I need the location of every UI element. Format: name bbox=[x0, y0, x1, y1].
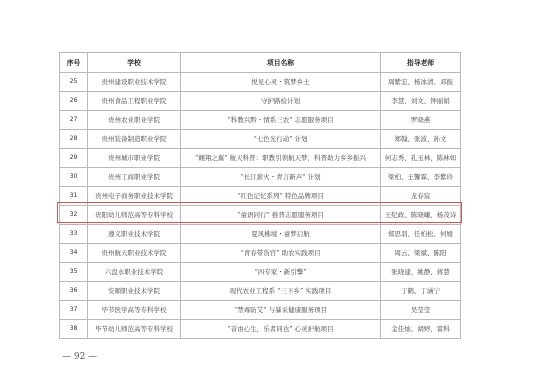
cell-number: 32 bbox=[60, 206, 88, 225]
table-row: 38毕节幼儿师范高等专科学校“音由心生，乐者同也” 心灵护航项目金佳灿、胡婷、雷… bbox=[60, 320, 461, 339]
projects-table: 序号 学校 项目名称 指导老师 25贵州建设职业技术学院悦见心灵・筑梦乡土周紫宏… bbox=[59, 52, 461, 339]
cell-project: “长江薪火・青言新声” 计划 bbox=[181, 168, 381, 187]
cell-school: 毕节医学高等专科学校 bbox=[88, 301, 181, 320]
cell-teachers: 张晓建、姚静、蒋慧 bbox=[381, 263, 461, 282]
cell-project: “音由心生，乐者同也” 心灵护航项目 bbox=[181, 320, 381, 339]
cell-project: “禁毒防艾” 与暴采健康服务项目 bbox=[181, 301, 381, 320]
table-row: 33遵义职业技术学院夏风拂境・童梦启航郑思羽、任柏松、何媛 bbox=[60, 225, 461, 244]
table-row: 37毕节医学高等专科学校“禁毒防艾” 与暴采健康服务项目吴莹莹 bbox=[60, 301, 461, 320]
cell-teachers: 吴莹莹 bbox=[381, 301, 461, 320]
cell-number: 36 bbox=[60, 282, 88, 301]
cell-number: 31 bbox=[60, 187, 88, 206]
cell-school: 贵州装备制造职业学院 bbox=[88, 130, 181, 149]
cell-number: 33 bbox=[60, 225, 88, 244]
cell-teachers: 梁柏、王馨霖、李紫玲 bbox=[381, 168, 461, 187]
cell-school: 贵州建设职业技术学院 bbox=[88, 73, 181, 92]
cell-teachers: 周云、梁斌、陈阳 bbox=[381, 244, 461, 263]
table-row-highlighted: 32贵阳幼儿师范高等专科学校“童语同行” 推普志愿服务项目王纪政、陈晓曦、杨茂诗 bbox=[60, 206, 461, 225]
cell-number: 30 bbox=[60, 168, 88, 187]
cell-project: “四专家・新引擎” bbox=[181, 263, 381, 282]
table-row: 29贵州城市职业学院“翱翔之翼” 航天科普：职教引领航天梦，科普助力乡乡振兴何志… bbox=[60, 149, 461, 168]
table-row: 36安顺职业技术学院现代农业工程系 “三下乡” 实践项目丁鹤、丁涵宁 bbox=[60, 282, 461, 301]
cell-project: “翱翔之翼” 航天科普：职教引领航天梦，科普助力乡乡振兴 bbox=[181, 149, 381, 168]
table-header-row: 序号 学校 项目名称 指导老师 bbox=[60, 53, 461, 73]
cell-teachers: 丁鹤、丁涵宁 bbox=[381, 282, 461, 301]
table-row: 28贵州装备制造职业学院“七色光行动” 计划郑翰、张波、孙文 bbox=[60, 130, 461, 149]
table-row: 31贵州电子商务职业技术学院“红色记忆系列” 特色品牌项目龙春宸 bbox=[60, 187, 461, 206]
cell-number: 37 bbox=[60, 301, 88, 320]
cell-number: 34 bbox=[60, 244, 88, 263]
cell-project: 守护路检计划 bbox=[181, 92, 381, 111]
cell-project: 夏风拂境・童梦启航 bbox=[181, 225, 381, 244]
cell-teachers: 何志秀、孔玉林、陈林如 bbox=[381, 149, 461, 168]
cell-project: 悦见心灵・筑梦乡土 bbox=[181, 73, 381, 92]
cell-school: 贵州电子商务职业技术学院 bbox=[88, 187, 181, 206]
cell-school: 六盘水职业技术学院 bbox=[88, 263, 181, 282]
table-row: 30贵州工商职业学院“长江薪火・青言新声” 计划梁柏、王馨霖、李紫玲 bbox=[60, 168, 461, 187]
cell-teachers: 郑翰、张波、孙文 bbox=[381, 130, 461, 149]
header-number: 序号 bbox=[60, 53, 88, 73]
table-row: 26贵州食品工程职业学院守护路检计划李慧、刘文、钟丽娟 bbox=[60, 92, 461, 111]
cell-project: “青春带货官” 助农实践项目 bbox=[181, 244, 381, 263]
cell-teachers: 周紫宏、杨冰清、邓振 bbox=[381, 73, 461, 92]
cell-school: 贵州农业职业学院 bbox=[88, 111, 181, 130]
table-row: 35六盘水职业技术学院“四专家・新引擎”张晓建、姚静、蒋慧 bbox=[60, 263, 461, 282]
cell-project: “科教兴黔・情系三农” 志愿服务项目 bbox=[181, 111, 381, 130]
cell-school: 贵阳幼儿师范高等专科学校 bbox=[88, 206, 181, 225]
table-row: 25贵州建设职业技术学院悦见心灵・筑梦乡土周紫宏、杨冰清、邓振 bbox=[60, 73, 461, 92]
header-project: 项目名称 bbox=[181, 53, 381, 73]
cell-school: 贵州工商职业学院 bbox=[88, 168, 181, 187]
cell-project: “童语同行” 推普志愿服务项目 bbox=[181, 206, 381, 225]
cell-number: 25 bbox=[60, 73, 88, 92]
cell-school: 贵州食品工程职业学院 bbox=[88, 92, 181, 111]
cell-school: 贵州城市职业学院 bbox=[88, 149, 181, 168]
cell-school: 贵州航天职业技术学院 bbox=[88, 244, 181, 263]
table-body: 25贵州建设职业技术学院悦见心灵・筑梦乡土周紫宏、杨冰清、邓振26贵州食品工程职… bbox=[60, 73, 461, 339]
cell-number: 27 bbox=[60, 111, 88, 130]
cell-project: “红色记忆系列” 特色品牌项目 bbox=[181, 187, 381, 206]
cell-school: 安顺职业技术学院 bbox=[88, 282, 181, 301]
header-teachers: 指导老师 bbox=[381, 53, 461, 73]
cell-number: 35 bbox=[60, 263, 88, 282]
cell-project: “七色光行动” 计划 bbox=[181, 130, 381, 149]
cell-teachers: 王纪政、陈晓曦、杨茂诗 bbox=[381, 206, 461, 225]
cell-number: 29 bbox=[60, 149, 88, 168]
cell-school: 毕节幼儿师范高等专科学校 bbox=[88, 320, 181, 339]
cell-teachers: 郑思羽、任柏松、何媛 bbox=[381, 225, 461, 244]
header-school: 学校 bbox=[88, 53, 181, 73]
cell-number: 28 bbox=[60, 130, 88, 149]
cell-number: 38 bbox=[60, 320, 88, 339]
cell-project: 现代农业工程系 “三下乡” 实践项目 bbox=[181, 282, 381, 301]
cell-teachers: 罗晓燕 bbox=[381, 111, 461, 130]
cell-teachers: 李慧、刘文、钟丽娟 bbox=[381, 92, 461, 111]
cell-teachers: 金佳灿、胡婷、雷科 bbox=[381, 320, 461, 339]
cell-teachers: 龙春宸 bbox=[381, 187, 461, 206]
page-number: — 92 — bbox=[62, 352, 97, 362]
table-row: 27贵州农业职业学院“科教兴黔・情系三农” 志愿服务项目罗晓燕 bbox=[60, 111, 461, 130]
table-row: 34贵州航天职业技术学院“青春带货官” 助农实践项目周云、梁斌、陈阳 bbox=[60, 244, 461, 263]
cell-number: 26 bbox=[60, 92, 88, 111]
cell-school: 遵义职业技术学院 bbox=[88, 225, 181, 244]
